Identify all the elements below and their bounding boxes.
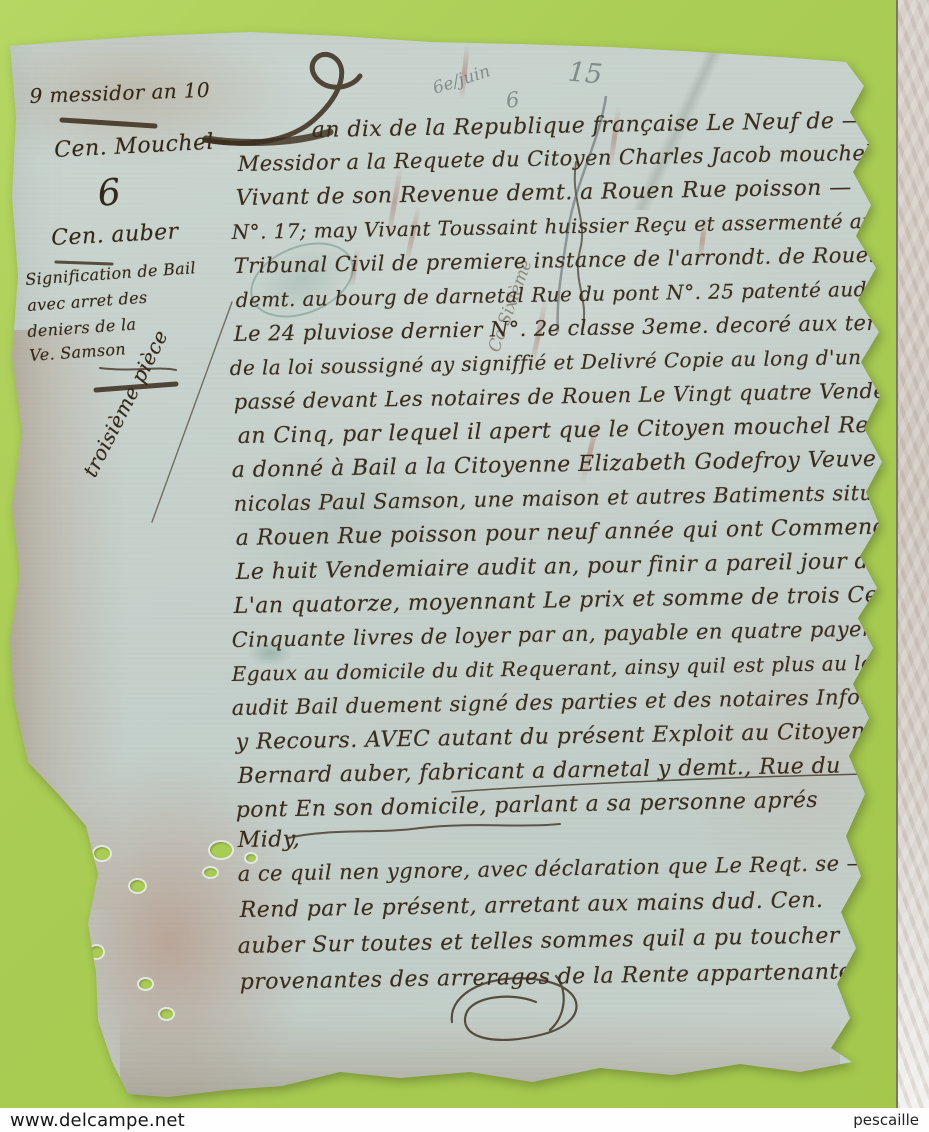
- worm-hole: [244, 852, 258, 864]
- worm-hole: [88, 944, 105, 960]
- worm-hole: [202, 866, 219, 879]
- pencil-note-fifteen: 15: [567, 57, 604, 91]
- worm-hole: [137, 977, 154, 991]
- photo-of-manuscript: 6e/juin 6 15 Co Sixième 9 messidor an 10…: [0, 0, 929, 1132]
- manuscript-paper: 6e/juin 6 15 Co Sixième 9 messidor an 10…: [0, 0, 929, 1112]
- watermark-bar: www.delcampe.net pescaille: [0, 1108, 929, 1132]
- worm-hole: [208, 840, 234, 860]
- watermark-author-text: pescaille: [853, 1111, 919, 1129]
- watermark-site-text: www.delcampe.net: [10, 1110, 185, 1131]
- worm-hole: [158, 1007, 175, 1021]
- worm-hole: [92, 845, 112, 862]
- margin-piece-number: 6: [96, 172, 124, 215]
- worm-hole: [128, 878, 147, 894]
- paper-wrap: 6e/juin 6 15 Co Sixième 9 messidor an 10…: [0, 0, 929, 1112]
- manuscript-line: Midy,: [238, 827, 301, 853]
